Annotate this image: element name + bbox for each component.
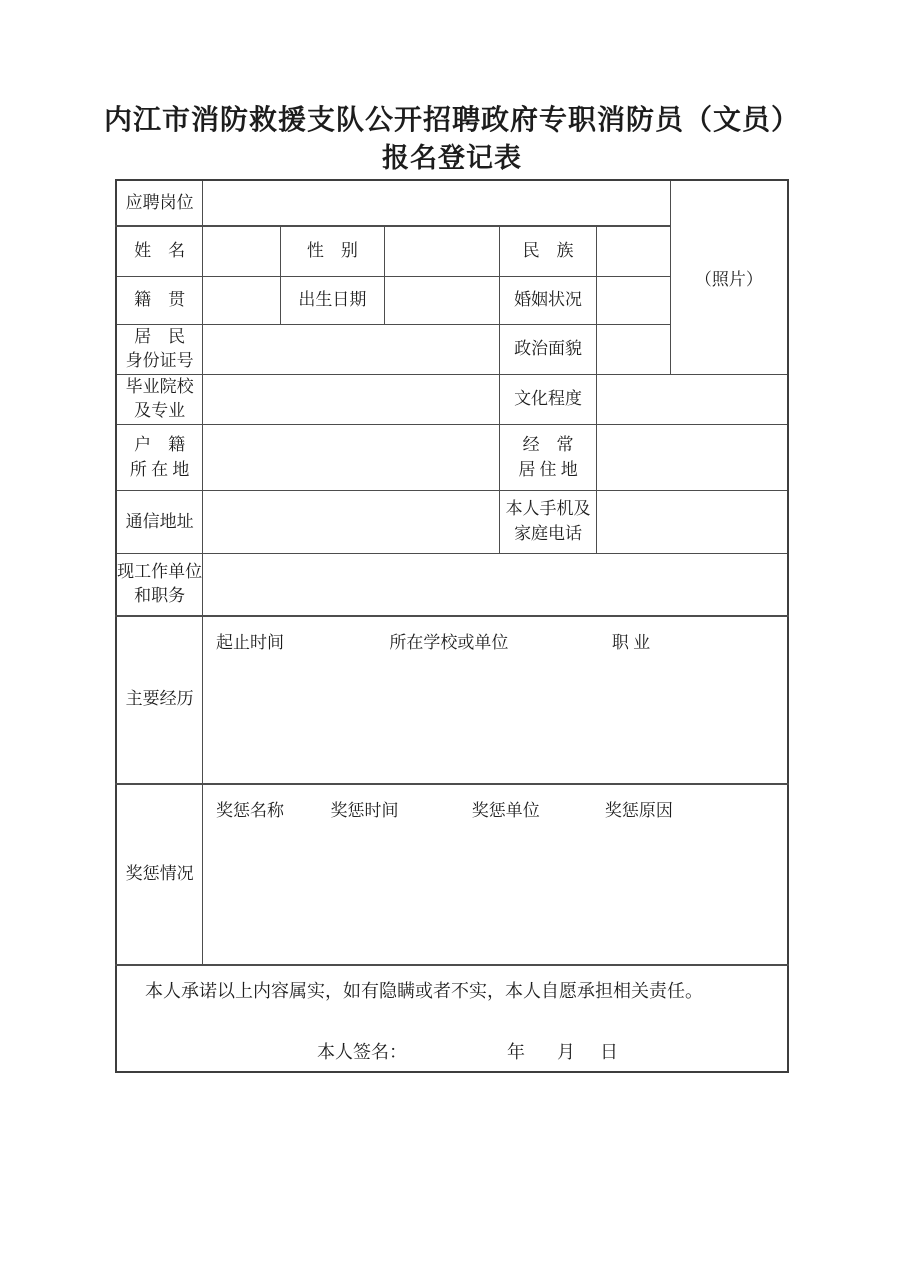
field-value-position[interactable]	[203, 180, 671, 226]
field-label-employer-line1: 现工作单位	[117, 560, 202, 585]
declaration-cell: 本人承诺以上内容属实，如有隐瞒或者不实，本人自愿承担相关责任。 本人签名： 年 …	[116, 965, 788, 1072]
field-label-mailing-address: 通信地址	[116, 491, 203, 554]
experience-header-school-or-unit: 所在学校或单位	[389, 628, 508, 653]
rewards-header-name: 奖惩名称	[216, 796, 284, 821]
field-label-habitual-residence-line1: 经 常	[500, 433, 596, 458]
field-label-hukou: 户 籍 所 在 地	[116, 425, 203, 491]
field-label-employer: 现工作单位 和职务	[116, 554, 203, 616]
declaration-text: 本人承诺以上内容属实，如有隐瞒或者不实，本人自愿承担相关责任。	[145, 979, 767, 1004]
registration-form-table: 应聘岗位 （照片） 姓 名 性 别 民 族 籍 贯 出生日期 婚姻状况 居 民	[115, 179, 789, 1073]
field-label-marital-status: 婚姻状况	[500, 276, 597, 324]
field-value-resident-id[interactable]	[203, 324, 500, 374]
field-label-phone-line2: 家庭电话	[500, 522, 596, 547]
rewards-header-unit: 奖惩单位	[472, 796, 540, 821]
experience-header-occupation: 职 业	[612, 628, 650, 653]
photo-placeholder: （照片）	[670, 180, 788, 374]
field-label-graduate-school-line2: 及专业	[117, 399, 202, 424]
page-title-line2: 报名登记表	[0, 140, 904, 176]
field-label-phone: 本人手机及 家庭电话	[500, 491, 597, 554]
date-day-label: 日	[600, 1038, 618, 1064]
field-label-name: 姓 名	[116, 226, 203, 276]
field-label-political-status: 政治面貌	[500, 324, 597, 374]
field-label-graduate-school-line1: 毕业院校	[117, 375, 202, 400]
form-page: 内江市消防救援支队公开招聘政府专职消防员（文员） 报名登记表 应聘岗位 （照片）…	[0, 0, 904, 1279]
field-label-habitual-residence: 经 常 居 住 地	[500, 425, 597, 491]
field-value-name[interactable]	[203, 226, 281, 276]
field-value-rewards[interactable]: 奖惩名称 奖惩时间 奖惩单位 奖惩原因	[203, 784, 788, 965]
field-label-position: 应聘岗位	[116, 180, 203, 226]
field-value-birth-date[interactable]	[384, 276, 500, 324]
field-label-hukou-line2: 所 在 地	[117, 458, 202, 483]
experience-header-period: 起止时间	[216, 628, 284, 653]
rewards-header-time: 奖惩时间	[330, 796, 398, 821]
field-value-gender[interactable]	[384, 226, 500, 276]
field-value-graduate-school[interactable]	[203, 374, 500, 424]
field-label-native-place: 籍 贯	[116, 276, 203, 324]
field-value-mailing-address[interactable]	[203, 491, 500, 554]
date-year-label: 年	[507, 1038, 525, 1064]
field-label-hukou-line1: 户 籍	[117, 433, 202, 458]
field-value-native-place[interactable]	[203, 276, 281, 324]
rewards-header-reason: 奖惩原因	[605, 796, 673, 821]
field-label-resident-id-line2: 身份证号	[117, 349, 202, 374]
field-value-employer[interactable]	[203, 554, 788, 616]
field-label-gender: 性 别	[281, 226, 384, 276]
field-value-marital-status[interactable]	[596, 276, 670, 324]
field-label-employer-line2: 和职务	[117, 584, 202, 609]
field-value-main-experience[interactable]: 起止时间 所在学校或单位 职 业	[203, 616, 788, 784]
field-label-graduate-school: 毕业院校 及专业	[116, 374, 203, 424]
field-label-main-experience: 主要经历	[116, 616, 203, 784]
date-month-label: 月	[557, 1038, 575, 1064]
field-value-education-level[interactable]	[596, 374, 788, 424]
field-value-habitual-residence[interactable]	[596, 425, 788, 491]
field-label-birth-date: 出生日期	[281, 276, 384, 324]
field-label-rewards: 奖惩情况	[116, 784, 203, 965]
field-label-resident-id-line1: 居 民	[117, 325, 202, 350]
field-value-ethnicity[interactable]	[596, 226, 670, 276]
field-value-hukou[interactable]	[203, 425, 500, 491]
page-title-line1: 内江市消防救援支队公开招聘政府专职消防员（文员）	[0, 100, 904, 140]
field-label-habitual-residence-line2: 居 住 地	[500, 458, 596, 483]
field-label-resident-id: 居 民 身份证号	[116, 324, 203, 374]
field-value-phone[interactable]	[596, 491, 788, 554]
page-title: 内江市消防救援支队公开招聘政府专职消防员（文员） 报名登记表	[0, 0, 904, 176]
field-label-education-level: 文化程度	[500, 374, 597, 424]
field-value-political-status[interactable]	[596, 324, 670, 374]
field-label-phone-line1: 本人手机及	[500, 497, 596, 522]
field-label-ethnicity: 民 族	[500, 226, 597, 276]
signature-label[interactable]: 本人签名：	[317, 1038, 407, 1064]
